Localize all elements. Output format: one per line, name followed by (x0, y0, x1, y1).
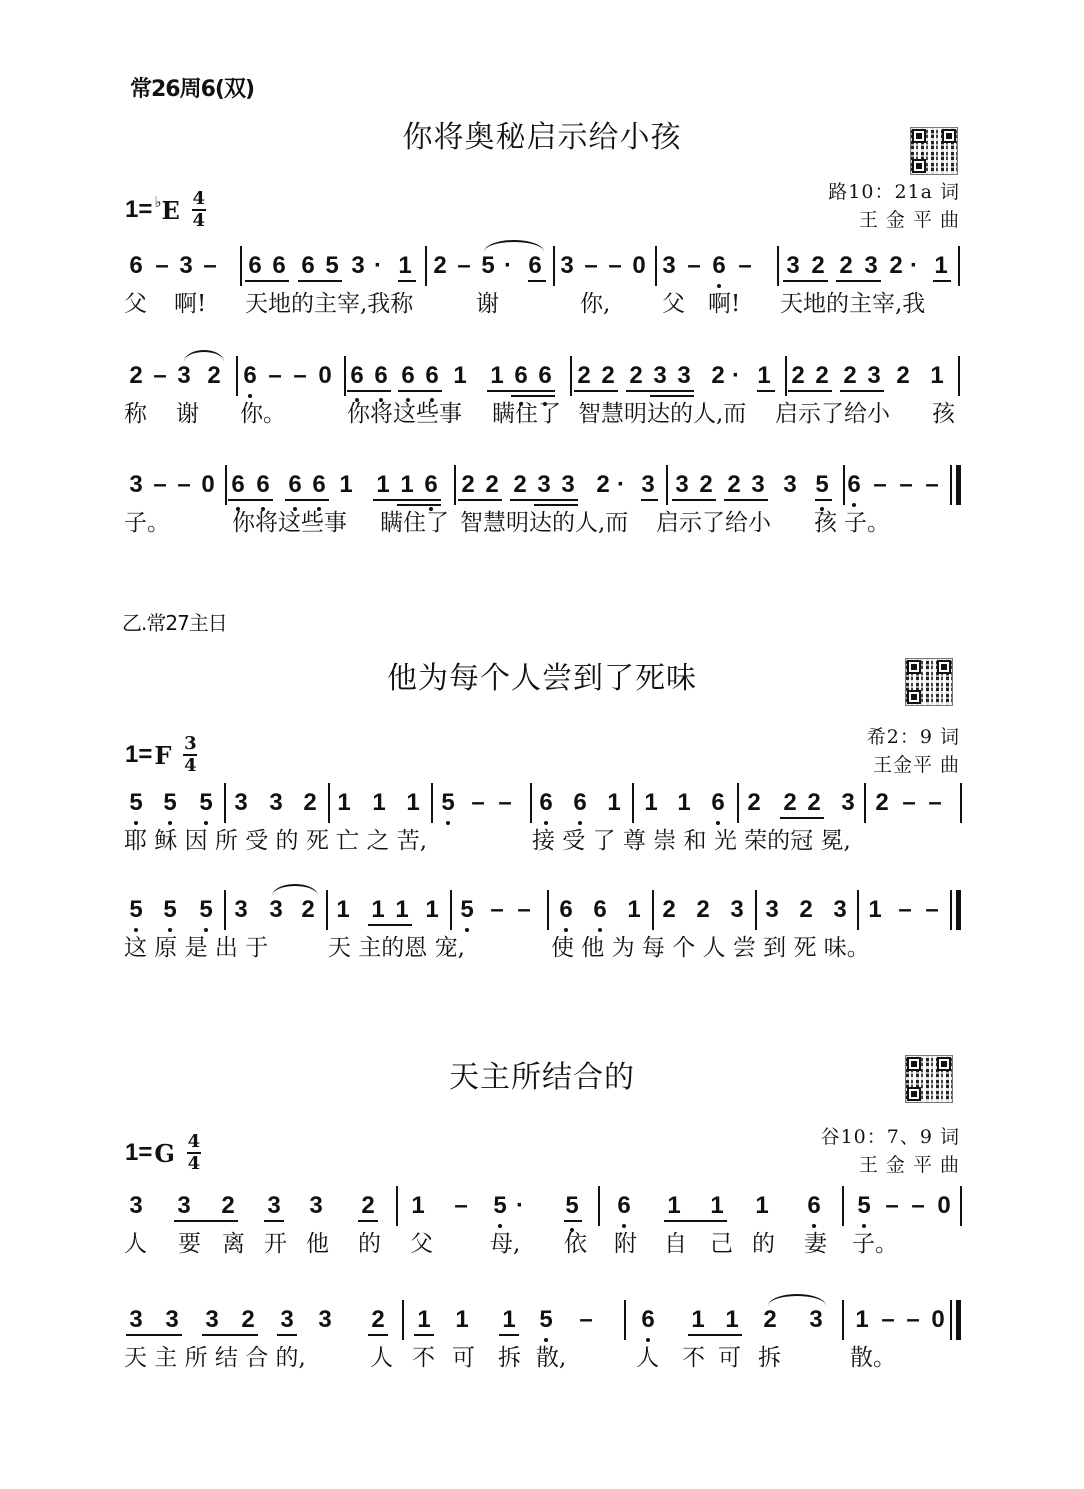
lyrics-credit: 路10：21a 词 (828, 178, 960, 206)
note: 1 (604, 789, 624, 817)
dash-note: – (922, 471, 942, 499)
note: 2 (708, 362, 728, 390)
lyric-text: 你将这些事 (232, 509, 347, 537)
dash-note: – (896, 471, 916, 499)
octave-dot (544, 1338, 548, 1342)
note: 3 (174, 1192, 194, 1220)
beam-underline (574, 390, 618, 392)
key-note: G (154, 1139, 175, 1168)
qr-finder-icon (942, 129, 956, 143)
dash-note: – (684, 252, 704, 280)
barline (777, 246, 779, 286)
note: 2 (796, 896, 816, 924)
beam-underline (780, 817, 824, 819)
note: 1 (499, 1306, 519, 1334)
note: 1 (392, 896, 412, 924)
note: 2 (482, 471, 502, 499)
note: 1 (333, 896, 353, 924)
barline (431, 783, 433, 823)
lyric-text: 瞒住了 (492, 400, 561, 428)
dot-augment: · (368, 252, 388, 280)
time-top: 3 (184, 735, 197, 753)
beam-underline (347, 390, 391, 392)
dash-note: – (150, 362, 170, 390)
note: 6 (309, 471, 329, 499)
note: 5 (196, 896, 216, 924)
note: 1 (450, 362, 470, 390)
key-note: E (161, 196, 179, 225)
barline (344, 356, 346, 396)
note: 6 (240, 362, 260, 390)
octave-dot (717, 284, 721, 288)
dash-note: – (735, 252, 755, 280)
note: 6 (126, 252, 146, 280)
beam-underline (397, 504, 441, 506)
note: 2 (204, 362, 224, 390)
lyric-text: 父 (124, 290, 147, 318)
dash-note: – (895, 896, 915, 924)
note: 3 (266, 896, 286, 924)
note: 3 (762, 896, 782, 924)
note: 6 (398, 362, 418, 390)
note: 2 (808, 252, 828, 280)
beam-underline (126, 1334, 182, 1336)
note: 6 (614, 1192, 634, 1220)
lyric-text: 天 主的恩 宠, (328, 934, 465, 962)
octave-dot (168, 928, 172, 932)
dash-note: – (899, 789, 919, 817)
note: 3 (202, 1306, 222, 1334)
dash-note: – (908, 1192, 928, 1220)
note: 2 (626, 362, 646, 390)
note: 1 (334, 789, 354, 817)
lyric-text: 瞒住了 (380, 509, 449, 537)
barline (843, 465, 845, 505)
barline (950, 1300, 952, 1340)
note: 2 (598, 362, 618, 390)
beam-underline (836, 280, 881, 282)
note: 1 (664, 1192, 684, 1220)
barline (236, 356, 238, 396)
note: 2 (593, 471, 613, 499)
note: 3 (638, 471, 658, 499)
note: 0 (198, 471, 218, 499)
note: 6 (638, 1306, 658, 1334)
credits: 路10：21a 词王 金 平 曲 (828, 178, 960, 234)
lyric-text: 啊! (708, 290, 740, 318)
time-bottom: 4 (192, 212, 205, 230)
note: 5 (854, 1192, 874, 1220)
octave-dot (564, 928, 568, 932)
key-signature: 1=F34 (125, 735, 197, 775)
lyric-text: 要 (178, 1230, 201, 1258)
note: 3 (126, 471, 146, 499)
barline (547, 890, 549, 930)
note: 3 (861, 252, 881, 280)
note: 5 (562, 1192, 582, 1220)
slur-tie (768, 1294, 826, 1306)
beam-underline (277, 1334, 297, 1336)
note: 1 (397, 471, 417, 499)
note: 6 (708, 789, 728, 817)
note: 6 (804, 1192, 824, 1220)
note: 3 (266, 789, 286, 817)
time-signature: 44 (192, 190, 206, 230)
lyric-text: 天地的主宰,我称 (245, 290, 413, 318)
note: 6 (525, 252, 545, 280)
note: 6 (371, 362, 391, 390)
octave-dot (134, 821, 138, 825)
octave-dot (716, 821, 720, 825)
note: 6 (709, 252, 729, 280)
final-barline (956, 890, 961, 930)
flat-icon: ♭ (154, 193, 161, 211)
final-barline (956, 1300, 961, 1340)
barline (666, 465, 668, 505)
beam-underline (358, 1220, 378, 1222)
lyric-text: 不 (682, 1344, 705, 1372)
music-credit: 王金平 曲 (867, 751, 960, 779)
music-credit: 王 金 平 曲 (821, 1151, 960, 1179)
key-tonic: 1= (125, 1139, 152, 1167)
barline (652, 890, 654, 930)
note: 3 (558, 471, 578, 499)
note: 2 (368, 1306, 388, 1334)
beam-underline (510, 499, 578, 501)
barline (950, 890, 952, 930)
note: 1 (754, 362, 774, 390)
note: 2 (724, 471, 744, 499)
note: 1 (422, 896, 442, 924)
octave-dot (646, 1338, 650, 1342)
note: 5 (160, 896, 180, 924)
note: 1 (452, 1306, 472, 1334)
time-bottom: 4 (188, 1155, 201, 1173)
beam-underline (298, 280, 342, 282)
note: 1 (852, 1306, 872, 1334)
beam-underline (228, 499, 273, 501)
note: 1 (641, 789, 661, 817)
note: 5 (126, 789, 146, 817)
octave-dot (204, 821, 208, 825)
lyric-text: 天 主 所 结 合 的, (124, 1344, 306, 1372)
note: 6 (253, 471, 273, 499)
slur-tie (484, 240, 544, 252)
note: 2 (760, 1306, 780, 1334)
barline (655, 246, 657, 286)
lyric-text: 启示了给小 (656, 509, 771, 537)
note: 2 (840, 362, 860, 390)
note: 6 (421, 471, 441, 499)
octave-dot (446, 821, 450, 825)
octave-dot (498, 1224, 502, 1228)
dash-note: – (605, 252, 625, 280)
time-top: 4 (188, 1133, 201, 1151)
note: 1 (865, 896, 885, 924)
note: 0 (629, 252, 649, 280)
beam-underline (933, 280, 951, 282)
barline (958, 246, 960, 286)
credits: 谷10：7、9 词王 金 平 曲 (821, 1123, 960, 1179)
lyric-text: 拆 (498, 1344, 521, 1372)
dash-note: – (152, 252, 172, 280)
octave-dot (168, 821, 172, 825)
barline (958, 356, 960, 396)
lyric-text: 启示了给小 (775, 400, 890, 428)
note: 0 (934, 1192, 954, 1220)
lyric-text: 人 (636, 1344, 659, 1372)
dash-note: – (454, 252, 474, 280)
beam-underline (840, 390, 884, 392)
lyric-text: 散, (536, 1344, 566, 1372)
note: 3 (838, 789, 858, 817)
note: 2 (693, 896, 713, 924)
lyrics-credit: 谷10：7、9 词 (821, 1123, 960, 1151)
barline (842, 1186, 844, 1226)
beam-underline (815, 499, 832, 501)
note: 2 (836, 252, 856, 280)
octave-dot (598, 928, 602, 932)
note: 3 (748, 471, 768, 499)
note: 6 (536, 789, 556, 817)
key-note: F (154, 741, 171, 770)
lyric-text: 智慧明达的人,而 (578, 400, 746, 428)
barline (240, 246, 242, 286)
note: 5 (536, 1306, 556, 1334)
lyric-text: 不 (412, 1344, 435, 1372)
qr-finder-icon (907, 1057, 921, 1071)
note: 2 (126, 362, 146, 390)
lyric-text: 附 (614, 1230, 637, 1258)
beam-underline (528, 280, 546, 282)
dash-note: – (290, 362, 310, 390)
note: 3 (315, 1306, 335, 1334)
music-credit: 王 金 平 曲 (828, 206, 960, 234)
note: 0 (928, 1306, 948, 1334)
note: 2 (510, 471, 530, 499)
section-label: 乙.常27主日 (122, 607, 227, 636)
note: 1 (408, 1192, 428, 1220)
lyric-text: 接 受 了 尊 崇 和 光 荣的冠 冕, (532, 827, 851, 855)
note: 3 (126, 1306, 146, 1334)
beam-underline (626, 390, 694, 392)
note: 2 (893, 362, 913, 390)
dash-note: – (925, 789, 945, 817)
note: 6 (228, 471, 248, 499)
note: 1 (688, 1306, 708, 1334)
beam-underline (368, 924, 412, 926)
key-signature: 1=♭E44 (125, 190, 206, 230)
lyric-text: 耶 稣 因 所 受 的 死 亡 之 苦, (124, 827, 427, 855)
lyric-text: 父 (410, 1230, 433, 1258)
octave-dot (578, 821, 582, 825)
section-label: 常26周6(双) (130, 72, 254, 103)
barline (737, 783, 739, 823)
note: 3 (277, 1306, 297, 1334)
note: 3 (534, 471, 554, 499)
final-barline (956, 465, 961, 505)
note: 6 (298, 252, 318, 280)
dash-note: – (200, 252, 220, 280)
note: 2 (458, 471, 478, 499)
note: 3 (231, 896, 251, 924)
qr-finder-icon (907, 1087, 921, 1101)
note: 6 (245, 252, 265, 280)
beam-underline (373, 499, 441, 501)
note: 1 (624, 896, 644, 924)
lyric-text: 母, (490, 1230, 520, 1258)
beam-underline (724, 499, 768, 501)
note: 6 (511, 362, 531, 390)
dash-note: – (870, 471, 890, 499)
note: 5 (490, 1192, 510, 1220)
note: 1 (487, 362, 507, 390)
beam-underline (757, 390, 775, 392)
lyric-text: 人 (370, 1344, 393, 1372)
note: 1 (414, 1306, 434, 1334)
dash-note: – (903, 1306, 923, 1334)
beam-underline (534, 504, 578, 506)
lyric-text: 可 (452, 1344, 475, 1372)
note: 6 (347, 362, 367, 390)
qr-finder-icon (912, 129, 926, 143)
octave-dot (544, 821, 548, 825)
note: 2 (430, 252, 450, 280)
note: 3 (659, 252, 679, 280)
lyric-text: 称 (124, 400, 147, 428)
note: 1 (369, 789, 389, 817)
lyric-text: 孩 (814, 509, 837, 537)
beam-underline (788, 390, 832, 392)
note: 3 (557, 252, 577, 280)
beam-underline (458, 499, 502, 501)
note: 3 (780, 471, 800, 499)
slur-tie (184, 350, 224, 362)
dot-augment: · (726, 362, 746, 390)
beam-underline (487, 390, 555, 392)
barline (396, 1186, 398, 1226)
lyric-text: 啊! (174, 290, 206, 318)
lyric-text: 你, (580, 290, 610, 318)
lyric-text: 人 (124, 1230, 147, 1258)
lyric-text: 天地的主宰,我 (780, 290, 925, 318)
barline (225, 465, 227, 505)
dot-augment: · (510, 1192, 530, 1220)
octave-dot (622, 1224, 626, 1228)
note: 3 (174, 362, 194, 390)
note: 1 (931, 252, 951, 280)
note: 3 (650, 362, 670, 390)
note: 2 (788, 362, 808, 390)
note: 3 (806, 1306, 826, 1334)
beam-underline (641, 499, 658, 501)
qr-code-icon[interactable] (905, 1055, 953, 1103)
dot-augment: · (904, 252, 924, 280)
note: 1 (674, 789, 694, 817)
lyric-text: 自 (664, 1230, 687, 1258)
note: 1 (336, 471, 356, 499)
barline (864, 783, 866, 823)
note: 5 (196, 789, 216, 817)
note: 6 (590, 896, 610, 924)
note: 3 (783, 252, 803, 280)
octave-dot (134, 928, 138, 932)
lyric-text: 拆 (758, 1344, 781, 1372)
lyric-text: 这 原 是 出 于 (124, 934, 268, 962)
qr-finder-icon (907, 690, 921, 704)
note: 1 (722, 1306, 742, 1334)
time-signature: 44 (187, 1133, 201, 1173)
barline (553, 246, 555, 286)
note: 2 (886, 252, 906, 280)
beam-underline (414, 1334, 434, 1336)
octave-dot (465, 928, 469, 932)
note: 3 (864, 362, 884, 390)
barline (960, 783, 962, 823)
note: 6 (556, 896, 576, 924)
dash-note: – (495, 789, 515, 817)
note: 5 (160, 789, 180, 817)
key-signature: 1=G44 (125, 1133, 201, 1173)
note: 1 (368, 896, 388, 924)
note: 1 (752, 1192, 772, 1220)
dash-note: – (882, 1192, 902, 1220)
lyric-text: 子。 (844, 509, 890, 537)
note: 2 (358, 1192, 378, 1220)
barline (326, 890, 328, 930)
lyric-text: 依 (564, 1230, 587, 1258)
qr-code-icon[interactable] (905, 658, 953, 706)
dash-note: – (581, 252, 601, 280)
dash-note: – (174, 471, 194, 499)
note: 6 (269, 252, 289, 280)
note: 3 (162, 1306, 182, 1334)
dash-note: – (487, 896, 507, 924)
barline (755, 890, 757, 930)
dot-augment: · (498, 252, 518, 280)
note: 3 (830, 896, 850, 924)
barline (530, 783, 532, 823)
note: 6 (422, 362, 442, 390)
qr-code-icon[interactable] (910, 127, 958, 175)
lyrics-credit: 希2：9 词 (867, 723, 960, 751)
key-tonic: 1= (125, 741, 152, 769)
lyric-text: 妻 (804, 1230, 827, 1258)
note: 2 (744, 789, 764, 817)
beam-underline (264, 1220, 284, 1222)
note: 2 (812, 362, 832, 390)
lyric-text: 可 (718, 1344, 741, 1372)
dash-note: – (878, 1306, 898, 1334)
beam-underline (368, 1334, 388, 1336)
note: 3 (306, 1192, 326, 1220)
lyric-text: 智慧明达的人,而 (460, 509, 628, 537)
barline (570, 356, 572, 396)
barline (328, 783, 330, 823)
dash-note: – (922, 896, 942, 924)
note: 3 (727, 896, 747, 924)
slur-tie (272, 884, 318, 896)
barline (857, 890, 859, 930)
note: 2 (780, 789, 800, 817)
barline (454, 465, 456, 505)
note: 6 (844, 471, 864, 499)
beam-underline (245, 280, 289, 282)
barline (624, 1300, 626, 1340)
beam-underline (499, 1334, 519, 1336)
dash-note: – (576, 1306, 596, 1334)
barline (842, 1300, 844, 1340)
